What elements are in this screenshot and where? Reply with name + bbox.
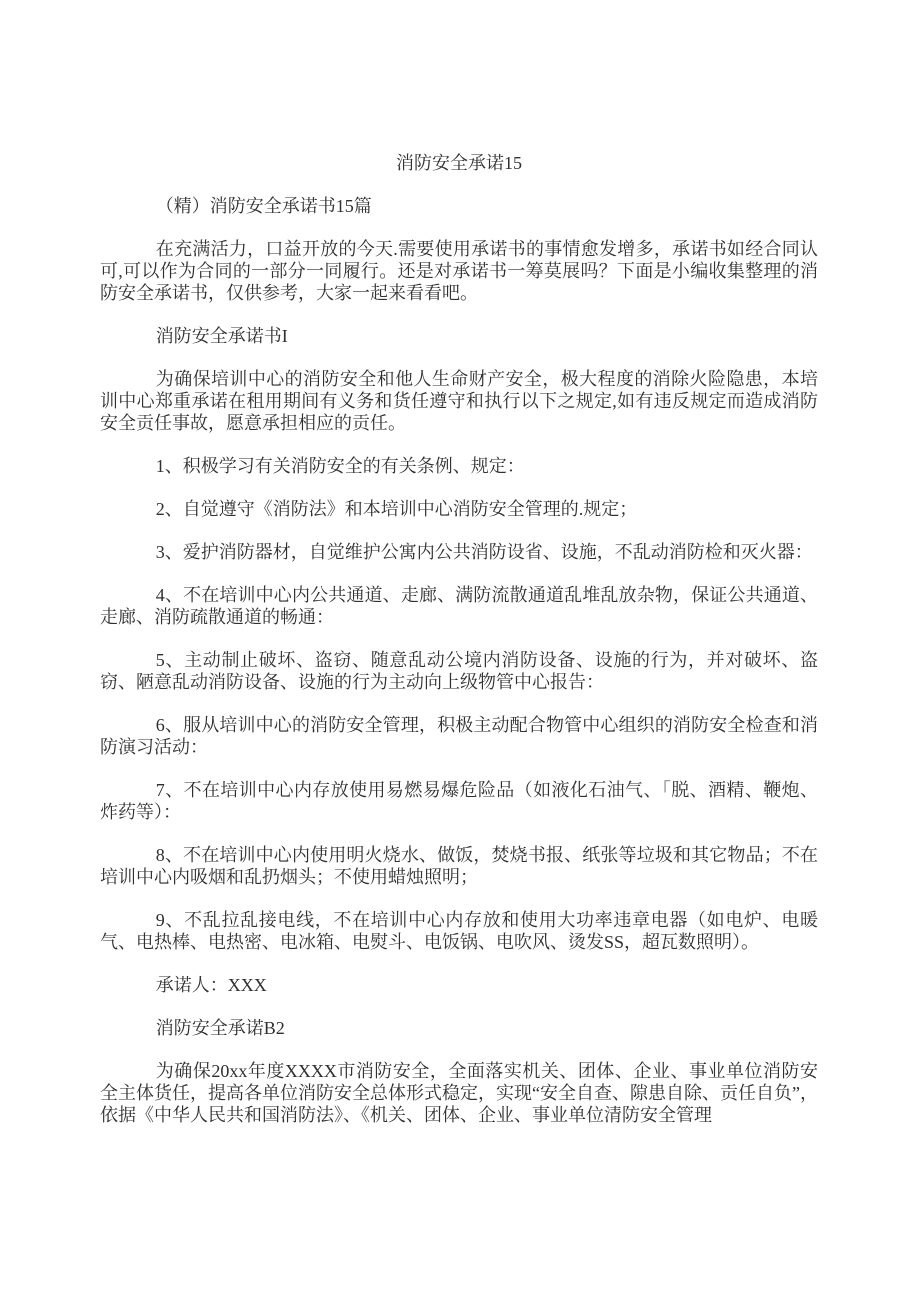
document-page: 消防安全承诺15 （精）消防安全承诺书15篇 在充满活力，口益开放的今天.需要使… bbox=[0, 0, 920, 1301]
list-item-7: 7、不在培训中心内存放使用易燃易爆危险品（如液化石油气、「脱、酒精、鞭炮、炸药等… bbox=[100, 779, 818, 823]
list-item-5: 5、主动制止破坏、盗窃、随意乱动公境内消防设备、设施的行为，并对破坏、盗窃、陋意… bbox=[100, 649, 818, 693]
section1-heading: 消防安全承诺书I bbox=[100, 325, 818, 347]
section2-opening-paragraph: 为确保20xx年度XXXX市消防安全，全面落实机关、团体、企业、事业单位消防安全… bbox=[100, 1060, 818, 1126]
list-item-9: 9、不乱拉乱接电线，不在培训中心内存放和使用大功率违章电器（如电炉、电暖气、电热… bbox=[100, 909, 818, 953]
section1-opening-paragraph: 为确保培训中心的消防安全和他人生命财产安全，极大程度的消除火险隐患，本培训中心郑… bbox=[100, 368, 818, 434]
doc-title: 消防安全承诺15 bbox=[100, 152, 818, 174]
list-item-1: 1、积极学习有关消防安全的有关条例、规定： bbox=[100, 455, 818, 477]
list-item-2: 2、自觉遵守《消防法》和本培训中心消防安全管理的.规定； bbox=[100, 498, 818, 520]
section2-heading: 消防安全承诺B2 bbox=[100, 1017, 818, 1039]
doc-subtitle: （精）消防安全承诺书15篇 bbox=[100, 195, 818, 217]
list-item-3: 3、爱护消防器材，自觉维护公寓内公共消防设省、设施，不乱动消防检和灭火器： bbox=[100, 541, 818, 563]
document-content: 消防安全承诺15 （精）消防安全承诺书15篇 在充满活力，口益开放的今天.需要使… bbox=[100, 152, 818, 1126]
signature-line: 承诺人：XXX bbox=[100, 974, 818, 996]
list-item-4: 4、不在培训中心内公共通道、走廊、满防流散通道乱堆乱放杂物，保证公共通道、走廊、… bbox=[100, 584, 818, 628]
intro-paragraph: 在充满活力，口益开放的今天.需要使用承诺书的事情愈发增多，承诺书如经合同认可,可… bbox=[100, 238, 818, 304]
list-item-6: 6、服从培训中心的消防安全管理，积极主动配合物管中心组织的消防安全检查和消防演习… bbox=[100, 714, 818, 758]
list-item-8: 8、不在培训中心内使用明火烧水、做饭，焚烧书报、纸张等垃圾和其它物品；不在培训中… bbox=[100, 844, 818, 888]
